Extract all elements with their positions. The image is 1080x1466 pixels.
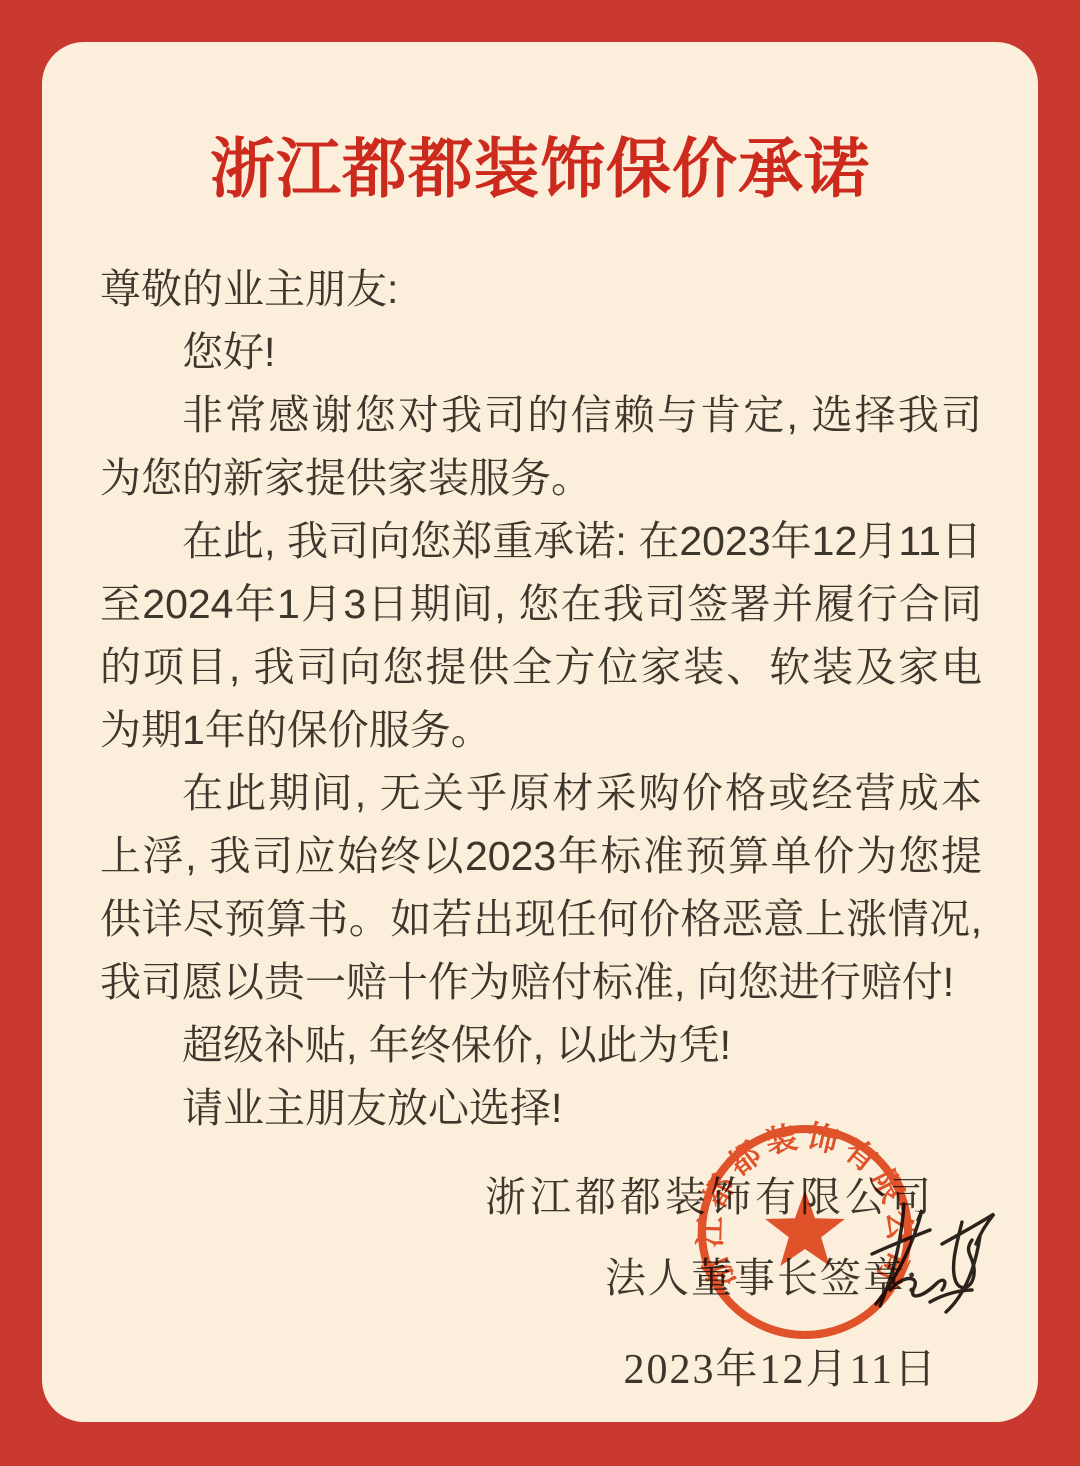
letter-sheet: 浙江都都装饰保价承诺 尊敬的业主朋友: 您好! 非常感谢您对我司的信赖与肯定, … [42, 42, 1038, 1422]
page-title: 浙江都都装饰保价承诺 [42, 134, 1038, 206]
paragraph-compensation: 在此期间, 无关乎原材采购价格或经营成本上浮, 我司应始终以2023年标准预算单… [100, 762, 982, 1014]
salutation-line: 尊敬的业主朋友: [100, 258, 982, 321]
letter-body: 尊敬的业主朋友: 您好! 非常感谢您对我司的信赖与肯定, 选择我司为您的新家提供… [100, 258, 982, 1140]
paragraph-promise: 在此, 我司向您郑重承诺: 在2023年12月11日至2024年1月3日期间, … [100, 510, 982, 762]
paragraph-greeting: 您好! [100, 321, 982, 384]
paragraph-thanks: 非常感谢您对我司的信赖与肯定, 选择我司为您的新家提供家装服务。 [100, 384, 982, 510]
paragraph-slogan: 超级补贴, 年终保价, 以此为凭! [100, 1014, 982, 1077]
price-guarantee-letter: { "page": { "frame_color": "#c8382f", "s… [0, 0, 1080, 1466]
company-seal-stamp: 浙江都都装饰有限公司 [685, 1112, 925, 1352]
star-icon [765, 1190, 845, 1266]
